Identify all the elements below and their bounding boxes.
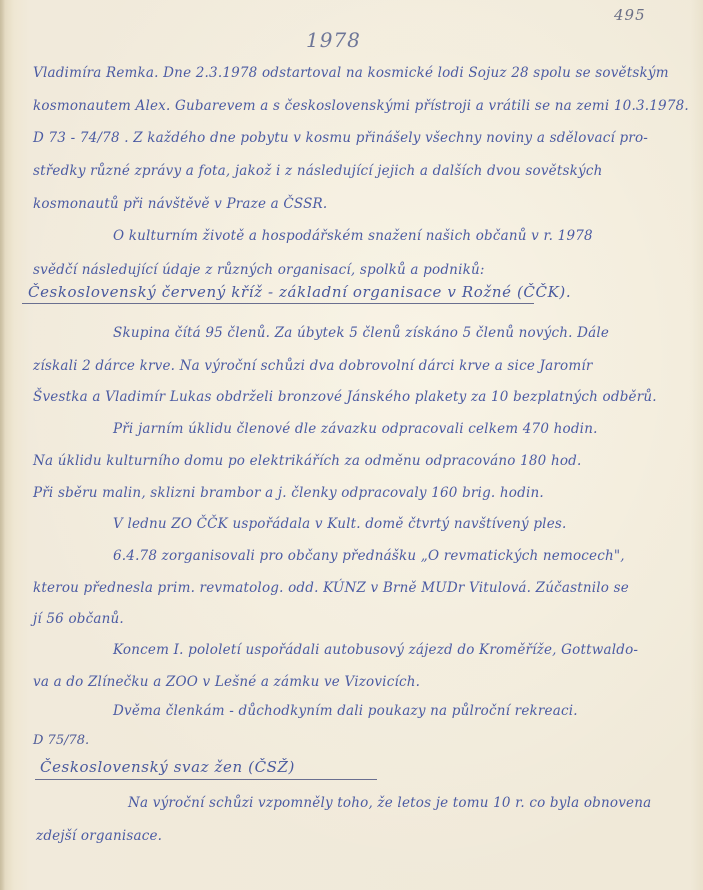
- text-line: jí 56 občanů.: [33, 611, 124, 627]
- text-line: Skupina čítá 95 členů. Za úbytek 5 členů…: [113, 325, 609, 341]
- section-heading-cck: Československý červený kříž - základní o…: [28, 283, 571, 301]
- text-line: Švestka a Vladimír Lukas obdrželi bronzo…: [33, 389, 657, 405]
- text-line: Na úklidu kulturního domu po elektrikáří…: [33, 453, 582, 469]
- text-line: zdejší organisace.: [36, 828, 162, 844]
- text-line: D 73 - 74/78 . Z každého dne pobytu v ko…: [33, 130, 648, 146]
- text-line: kosmonautů při návštěvě v Praze a ČSSR.: [33, 196, 327, 212]
- text-line: Na výroční schůzi vzpomněly toho, že let…: [128, 795, 651, 811]
- text-line: Koncem I. pololetí uspořádali autobusový…: [113, 642, 638, 658]
- text-line: va a do Zlínečku a ZOO v Lešné a zámku v…: [33, 674, 420, 690]
- chronicle-page: 495 1978 Vladimíra Remka. Dne 2.3.1978 o…: [0, 0, 703, 890]
- section-heading-csz: Československý svaz žen (ČSŽ): [40, 758, 295, 776]
- text-line: Při jarním úklidu členové dle závazku od…: [113, 421, 598, 437]
- text-line: V lednu ZO ČČK uspořádala v Kult. domě č…: [113, 516, 567, 532]
- page-number: 495: [614, 6, 646, 24]
- heading-underline: [35, 779, 377, 780]
- text-line: Při sběru malin, sklizni brambor a j. čl…: [33, 485, 544, 501]
- year-heading: 1978: [306, 28, 361, 52]
- text-line: svědčí následující údaje z různých organ…: [33, 262, 485, 278]
- text-line: kterou přednesla prim. revmatolog. odd. …: [33, 580, 629, 596]
- text-line: získali 2 dárce krve. Na výroční schůzi …: [33, 358, 593, 374]
- heading-underline: [22, 303, 534, 304]
- document-reference: D 75/78.: [33, 733, 89, 748]
- text-line: 6.4.78 zorganisovali pro občany přednášk…: [113, 548, 625, 564]
- text-line: Vladimíra Remka. Dne 2.3.1978 odstartova…: [33, 65, 669, 81]
- text-line: kosmonautem Alex. Gubarevem a s českoslo…: [33, 98, 689, 114]
- text-line: Dvěma členkám - důchodkyním dali poukazy…: [113, 703, 578, 719]
- text-line: O kulturním životě a hospodářském snažen…: [113, 228, 593, 244]
- text-line: středky různé zprávy a fota, jakož i z n…: [33, 163, 602, 179]
